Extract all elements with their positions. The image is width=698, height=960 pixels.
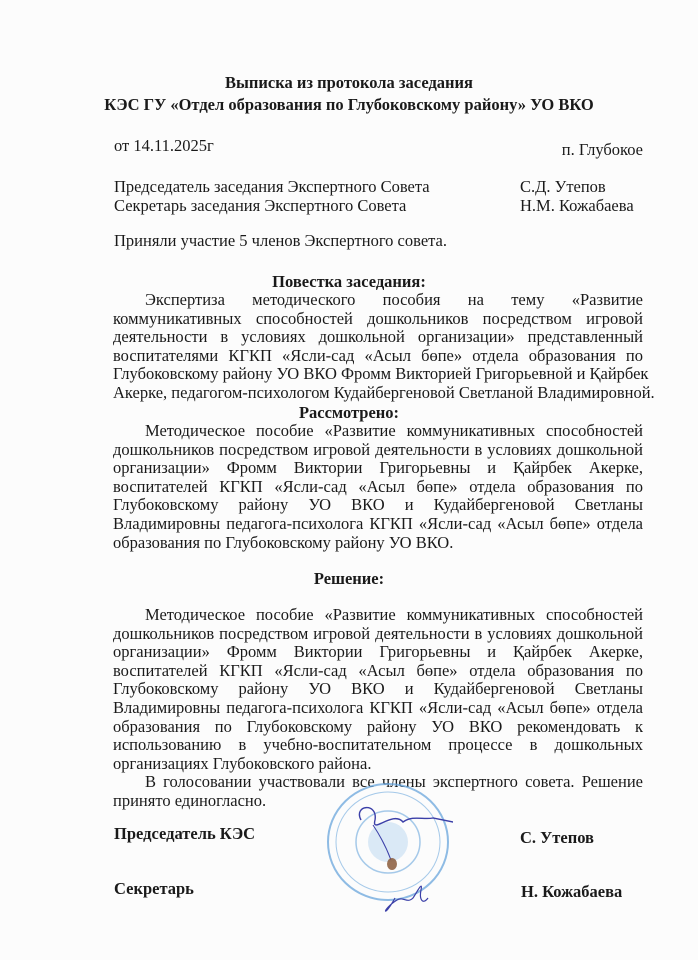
considered-line: организации» Фромм Виктории Григорьевны … (113, 459, 643, 478)
considered-line: Глубоковскому району УО ВКО и Кудайберге… (113, 496, 643, 515)
signature-name-secretary: Н. Кожабаева (521, 882, 622, 901)
decision-line: Глубоковскому району УО ВКО и Кудайберге… (113, 680, 643, 699)
agenda-line: коммуникативных способностей дошкольнико… (113, 310, 643, 329)
signature-role-chairman: Председатель КЭС (114, 824, 255, 843)
signature-name-chairman: С. Утепов (520, 828, 594, 847)
chairman-role: Председатель заседания Экспертного Совет… (114, 177, 430, 196)
agenda-paragraph: Экспертиза методического пособия на тему… (113, 291, 643, 403)
decision-heading: Решение: (0, 569, 698, 588)
considered-line: воспитателей КГКП «Ясли-сад «Асыл бөпе» … (113, 478, 643, 497)
protocol-place: п. Глубокое (562, 140, 643, 159)
decision-line: использованию в учебно-воспитательном пр… (113, 736, 643, 755)
considered-paragraph: Методическое пособие «Развитие коммуника… (113, 422, 643, 552)
agenda-line: воспитателями КГКП «Ясли-сад «Асыл бөпе»… (113, 347, 643, 366)
agenda-line: Глубоковскому району УО ВКО Фромм Виктор… (113, 365, 643, 384)
decision-line: дошкольников посредством игровой деятель… (113, 625, 643, 644)
signature-role-secretary: Секретарь (114, 879, 194, 898)
decision-line: организации» Фромм Виктории Григорьевны … (113, 643, 643, 662)
considered-line: дошкольников посредством игровой деятель… (113, 441, 643, 460)
attendance-text: Приняли участие 5 членов Экспертного сов… (114, 231, 447, 250)
decision-line: Методическое пособие «Развитие коммуника… (113, 606, 643, 625)
protocol-date: от 14.11.2025г (114, 136, 214, 155)
decision-line: организациях Глубоковского района. (113, 755, 643, 774)
decision-line: образования по Глубоковскому району УО В… (113, 718, 643, 737)
official-stamp-icon (323, 780, 453, 920)
considered-line: Владимировны педагога-психолога КГКП «Яс… (113, 515, 643, 534)
considered-heading: Рассмотрено: (0, 403, 698, 422)
decision-line: воспитателей КГКП «Ясли-сад «Асыл бөпе» … (113, 662, 643, 681)
document-page: Выписка из протокола заседания КЭС ГУ «О… (0, 0, 698, 960)
secretary-name: Н.М. Кожабаева (520, 196, 634, 215)
considered-line: образования по Глубоковскому району УО В… (113, 534, 643, 553)
decision-line: Владимировны педагога-психолога КГКП «Яс… (113, 699, 643, 718)
agenda-heading: Повестка заседания: (0, 272, 698, 291)
agenda-line: Экспертиза методического пособия на тему… (113, 291, 643, 310)
secretary-role: Секретарь заседания Экспертного Совета (114, 196, 406, 215)
document-title-line1: Выписка из протокола заседания (0, 73, 698, 92)
agenda-line: Акерке, педагогом-психологом Кудайберген… (113, 384, 643, 403)
document-title-line2: КЭС ГУ «Отдел образования по Глубоковско… (0, 95, 698, 114)
considered-line: Методическое пособие «Развитие коммуника… (113, 422, 643, 441)
agenda-line: деятельности в условиях дошкольной орган… (113, 328, 643, 347)
chairman-name: С.Д. Утепов (520, 177, 606, 196)
